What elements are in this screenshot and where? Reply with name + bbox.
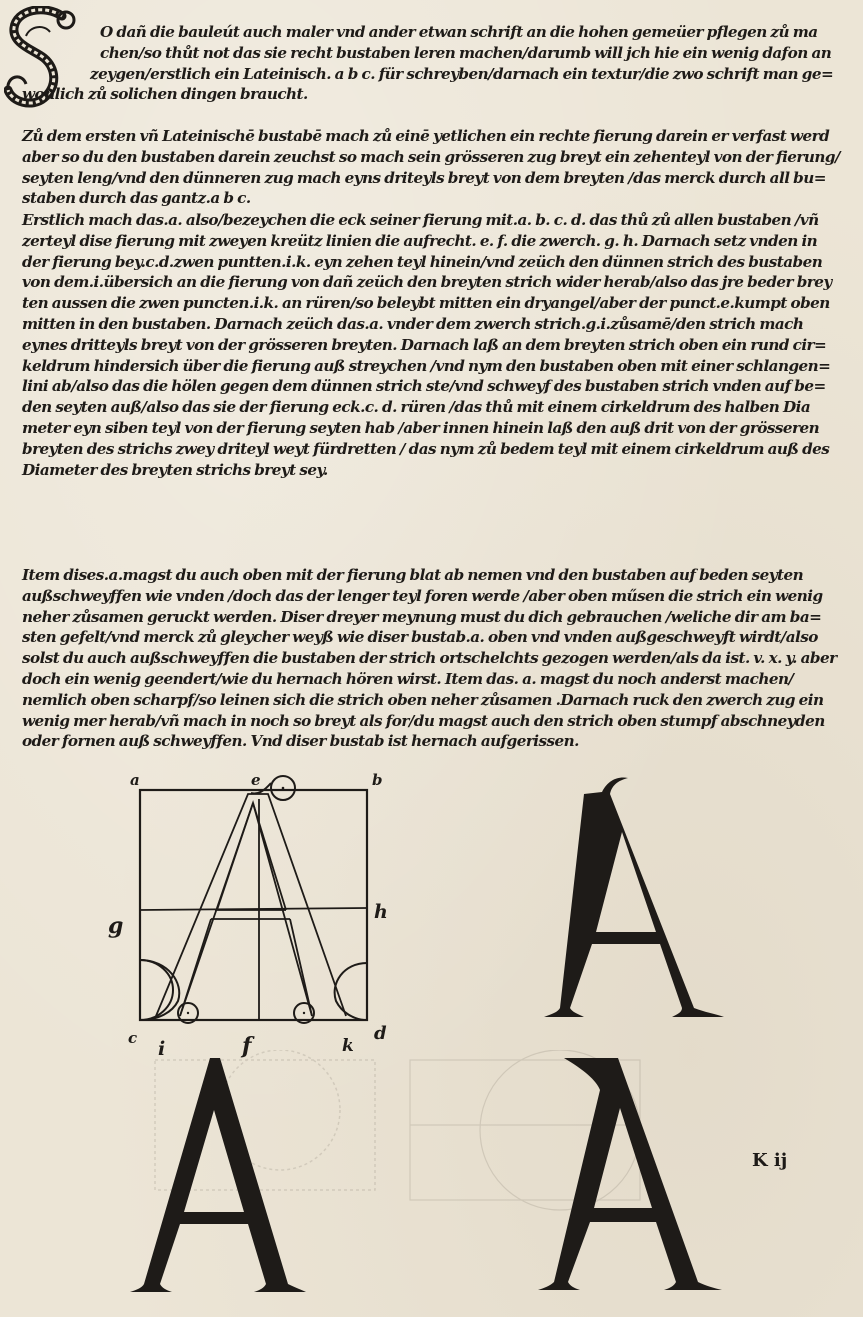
text-line: meter eyn siben teyl von der fierung sey… <box>22 418 842 439</box>
text-line: solst du auch außschweyffen die bustaben… <box>22 648 842 669</box>
text-line: Zů dem ersten vñ Lateinischē bustabē mac… <box>22 126 842 147</box>
text-line: neher zůsamen geruckt werden. Diser drey… <box>22 607 842 628</box>
text-line: staben durch das gantz.a b c. <box>22 188 842 209</box>
text-line: den seyten auß/also das sie der fierung … <box>22 397 842 418</box>
text-line: chen/so thůt not das sie recht bustaben … <box>30 43 850 64</box>
text-line: seyten leng/vnd den dünneren zug mach ey… <box>22 168 842 189</box>
book-page: O dañ die bauleút auch maler vnd ander e… <box>0 0 863 1317</box>
diagram-label-h: h <box>374 901 388 923</box>
signature-mark: K ij <box>752 1150 787 1171</box>
paragraph-intro: O dañ die bauleút auch maler vnd ander e… <box>30 22 850 105</box>
text-line: oder fornen auß schweyffen. Vnd diser bu… <box>22 731 842 752</box>
diagram-label-c: c <box>128 1029 137 1047</box>
letter-a-construction-diagram: a b e g h c d i f k <box>98 773 388 1063</box>
text-line: sten gefelt/vnd merck zů gleycher weyß w… <box>22 627 842 648</box>
diagram-label-b: b <box>372 773 383 789</box>
paragraph-construction: Erstlich mach das.a. also/bezeychen die … <box>22 210 842 480</box>
text-line: keldrum hindersich über die fierung auß … <box>22 356 842 377</box>
text-line: ten aussen die zwen puncten.i.k. an rüre… <box>22 293 842 314</box>
text-line: zerteyl dise fierung mit zweyen kreütz l… <box>22 231 842 252</box>
text-line: O dañ die bauleút auch maler vnd ander e… <box>30 22 850 43</box>
diagram-label-a: a <box>130 773 140 789</box>
letter-a-curl-top-figure <box>512 772 742 1022</box>
text-line: aber so du den bustaben darein zeuchst s… <box>22 147 842 168</box>
text-line: doch ein wenig geendert/wie du hernach h… <box>22 669 842 690</box>
text-line: Erstlich mach das.a. also/bezeychen die … <box>22 210 842 231</box>
text-line: außschweyffen wie vnden /doch das der le… <box>22 586 842 607</box>
diagram-label-e: e <box>251 773 261 789</box>
text-line: wenig mer herab/vñ mach in noch so breyt… <box>22 711 842 732</box>
letter-a-pointed-figure <box>116 1052 316 1302</box>
diagram-label-k: k <box>342 1036 354 1056</box>
text-line: mitten in den bustaben. Darnach zeüch da… <box>22 314 842 335</box>
text-line: der fierung bey.c.d.zwen puntten.i.k. ey… <box>22 252 842 273</box>
letter-a-flat-top-figure <box>508 1050 748 1300</box>
text-line: Diameter des breyten strichs breyt sey. <box>22 460 842 481</box>
text-line: breyten des strichs zwey driteyl weyt fü… <box>22 439 842 460</box>
paragraph-variations: Item dises.a.magst du auch oben mit der … <box>22 565 842 752</box>
text-line: lini ab/also das die hölen gegen dem dün… <box>22 376 842 397</box>
diagram-label-g: g <box>108 913 123 939</box>
paragraph-measure: Zů dem ersten vñ Lateinischē bustabē mac… <box>22 126 842 209</box>
text-line: zeygen/erstlich ein Lateinisch. a b c. f… <box>30 64 850 85</box>
text-line: eynes dritteyls breyt von der grösseren … <box>22 335 842 356</box>
text-line: von dem.i.übersich an die fierung von da… <box>22 272 842 293</box>
diagram-label-d: d <box>374 1023 387 1044</box>
text-line: wonlich zů solichen dingen braucht. <box>22 84 850 105</box>
text-line: nemlich oben scharpf/so leinen sich die … <box>22 690 842 711</box>
text-line: Item dises.a.magst du auch oben mit der … <box>22 565 842 586</box>
